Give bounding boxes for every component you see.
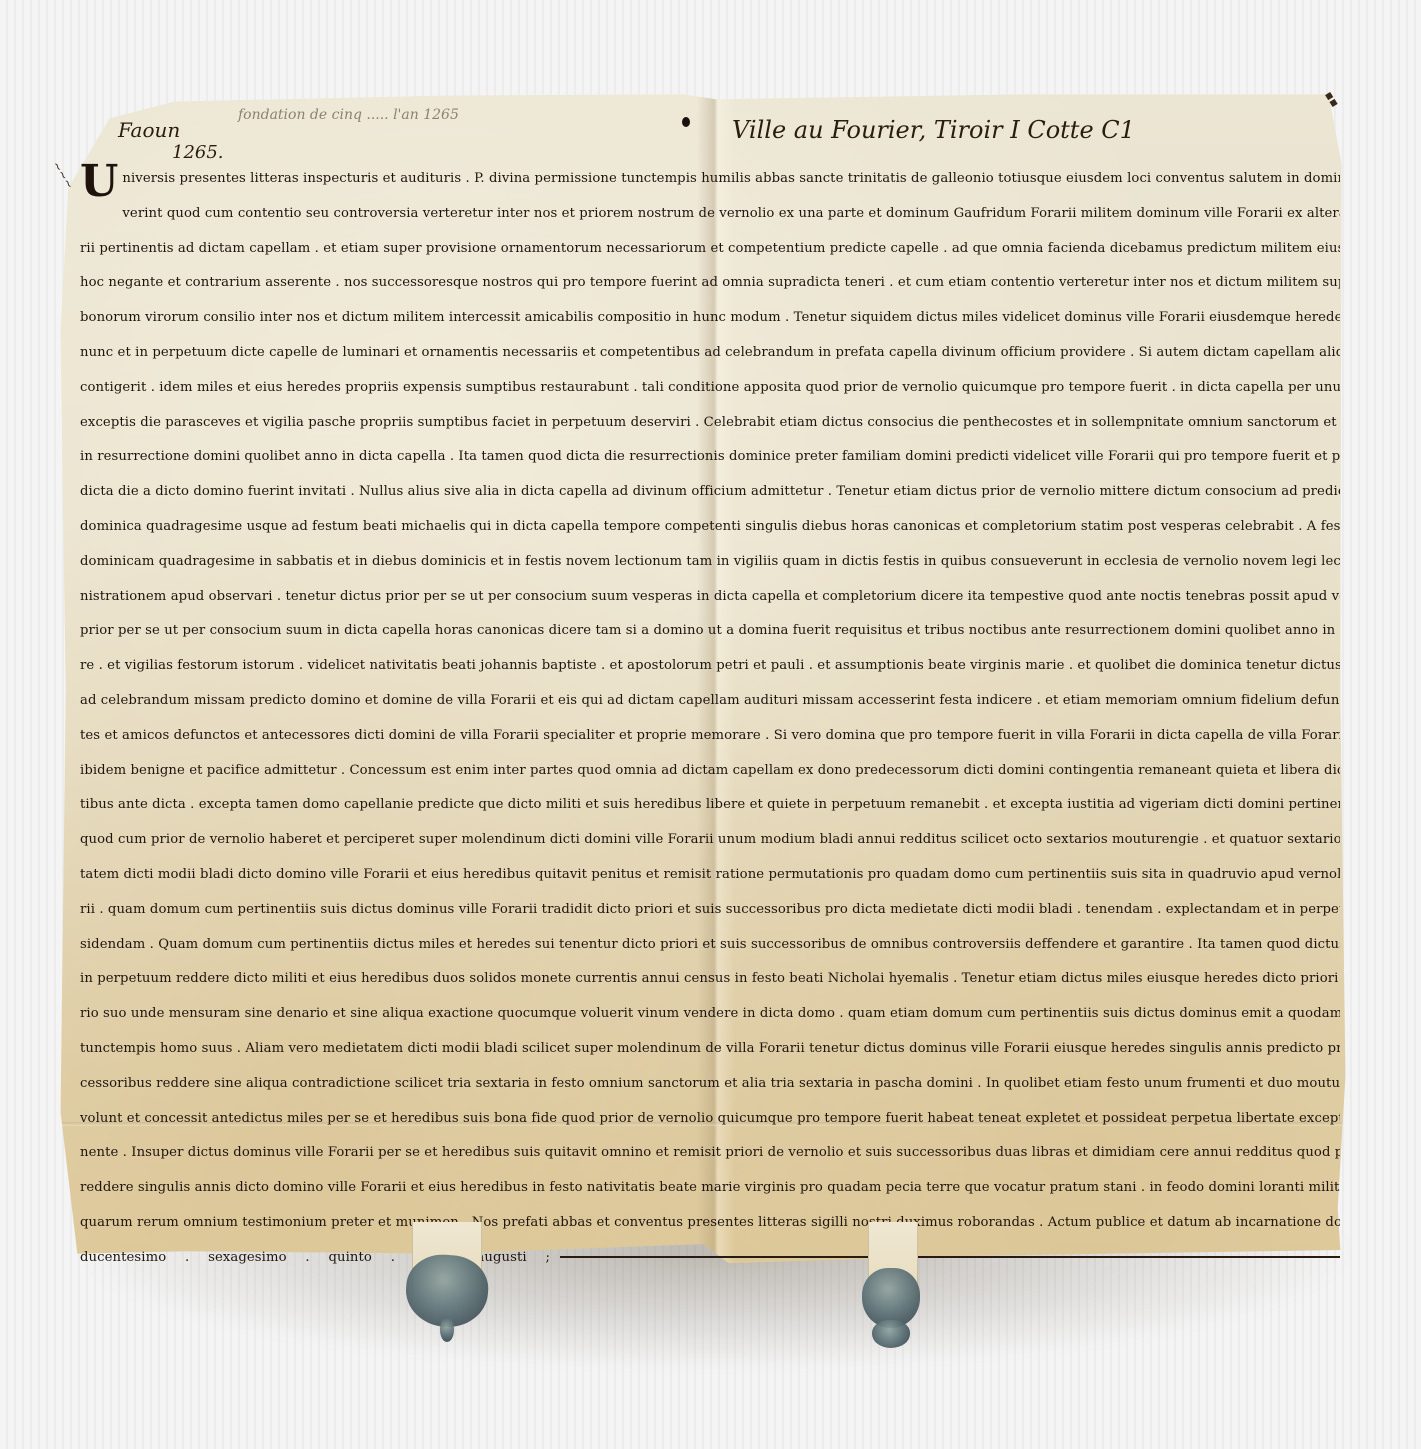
archive-year-top-left: 1265. bbox=[172, 142, 224, 163]
text-line: in perpetuum reddere dicto militi et eiu… bbox=[80, 962, 1340, 997]
text-line: nistrationem apud observari . tenetur di… bbox=[80, 580, 1340, 615]
text-line: reddere singulis annis dicto domino vill… bbox=[80, 1171, 1340, 1206]
seal-cord-left-strand bbox=[440, 1318, 454, 1342]
margin-corner-mark: ~~~ bbox=[49, 158, 77, 191]
text-line: dominica quadragesime usque ad festum be… bbox=[80, 510, 1340, 545]
charter-text: U niversis presentes litteras inspecturi… bbox=[80, 162, 1340, 1276]
text-line: verint quod cum contentio seu controvers… bbox=[122, 197, 1340, 232]
text-line: ibidem benigne et pacifice admittetur . … bbox=[80, 754, 1340, 789]
seal-cord-right bbox=[862, 1268, 920, 1328]
text-line: quarum rerum omnium testimonium preter e… bbox=[80, 1206, 1340, 1241]
text-line: ad celebrandum missam predicto domino et… bbox=[80, 684, 1340, 719]
text-line: hoc negante et contrarium asserente . no… bbox=[80, 266, 1340, 301]
text-line: rii . quam domum cum pertinentiis suis d… bbox=[80, 893, 1340, 928]
text-line: dominicam quadragesime in sabbatis et in… bbox=[80, 545, 1340, 580]
seal-cord-right-strand bbox=[872, 1320, 910, 1348]
closing-flourish-line bbox=[560, 1256, 1340, 1258]
text-line: sidendam . Quam domum cum pertinentiis d… bbox=[80, 928, 1340, 963]
archive-mark-top-left: Faoun bbox=[118, 118, 180, 142]
text-line: dicta die a dicto domino fuerint invitat… bbox=[80, 475, 1340, 510]
text-line: tunctempis homo suus . Aliam vero mediet… bbox=[80, 1032, 1340, 1067]
dating-clause-line: ducentesimo . sexagesimo . quinto . mens… bbox=[80, 1241, 1340, 1276]
text-line: prior per se ut per consocium suum in di… bbox=[80, 614, 1340, 649]
text-line: exceptis die parasceves et vigilia pasch… bbox=[80, 406, 1340, 441]
text-line: in resurrectione domini quolibet anno in… bbox=[80, 440, 1340, 475]
archive-reference-top-right: Ville au Fourier, Tiroir I Cotte C1 bbox=[732, 116, 1135, 144]
text-line: volunt et concessit antedictus miles per… bbox=[80, 1102, 1340, 1137]
text-line: tatem dicti modii bladi dicto domino vil… bbox=[80, 858, 1340, 893]
text-line: tes et amicos defunctos et antecessores … bbox=[80, 719, 1340, 754]
text-line: bonorum virorum consilio inter nos et di… bbox=[80, 301, 1340, 336]
text-line: rii pertinentis ad dictam capellam . et … bbox=[80, 232, 1340, 267]
text-line: niversis presentes litteras inspecturis … bbox=[122, 162, 1340, 197]
ink-spot bbox=[682, 117, 690, 127]
text-line: re . et vigilias festorum istorum . vide… bbox=[80, 649, 1340, 684]
decorated-initial: U bbox=[80, 162, 118, 202]
text-line: nunc et in perpetuum dicte capelle de lu… bbox=[80, 336, 1340, 371]
text-line: nente . Insuper dictus dominus ville For… bbox=[80, 1136, 1340, 1171]
text-line: contigerit . idem miles et eius heredes … bbox=[80, 371, 1340, 406]
text-line: tibus ante dicta . excepta tamen domo ca… bbox=[80, 788, 1340, 823]
text-line: rio suo unde mensuram sine denario et si… bbox=[80, 997, 1340, 1032]
text-line: quod cum prior de vernolio haberet et pe… bbox=[80, 823, 1340, 858]
faint-foundation-note: fondation de cinq ..... l'an 1265 bbox=[238, 107, 459, 123]
text-line: cessoribus reddere sine aliqua contradic… bbox=[80, 1067, 1340, 1102]
